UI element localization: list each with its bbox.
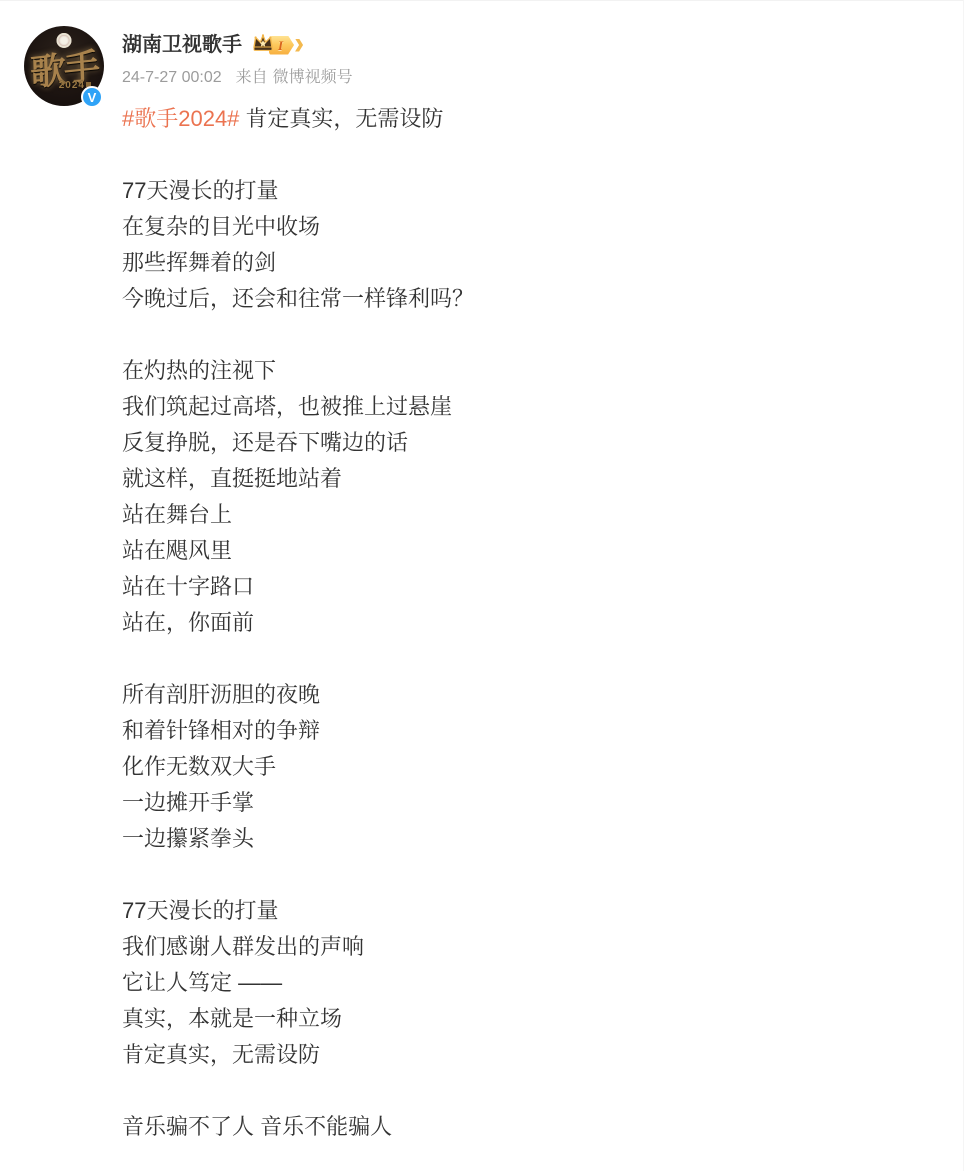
post-header: 湖南卫视歌手 I 24-7-2 <box>122 32 353 88</box>
post-title-line: #歌手2024#肯定真实，无需设防 <box>122 101 922 137</box>
vip-badge[interactable]: I <box>251 33 303 58</box>
username[interactable]: 湖南卫视歌手 <box>122 32 242 58</box>
post-meta: 24-7-27 00:02来自微博视频号 <box>122 67 353 88</box>
username-row: 湖南卫视歌手 I <box>122 32 353 58</box>
weibo-post-card: 歌手 2024 V 湖南卫视歌手 <box>0 0 964 1171</box>
hashtag-link[interactable]: #歌手2024# <box>122 106 239 131</box>
post-content: #歌手2024#肯定真实，无需设防 77天漫长的打量 在复杂的目光中收场 那些挥… <box>122 101 922 1145</box>
crown-icon <box>251 33 275 58</box>
verified-v-icon: V <box>81 86 103 108</box>
source-prefix: 来自 <box>236 69 268 86</box>
poem-text: 77天漫长的打量 在复杂的目光中收场 那些挥舞着的剑 今晚过后，还会和往常一样锋… <box>122 173 922 1145</box>
vip-level-text: I <box>278 39 283 52</box>
timestamp: 24-7-27 00:02 <box>122 69 222 86</box>
source-link[interactable]: 微博视频号 <box>273 69 353 86</box>
verified-v-letter: V <box>88 91 97 104</box>
avatar[interactable]: 歌手 2024 V <box>24 26 104 106</box>
chevron-right-icon <box>295 39 303 52</box>
title-text: 肯定真实，无需设防 <box>245 106 443 131</box>
